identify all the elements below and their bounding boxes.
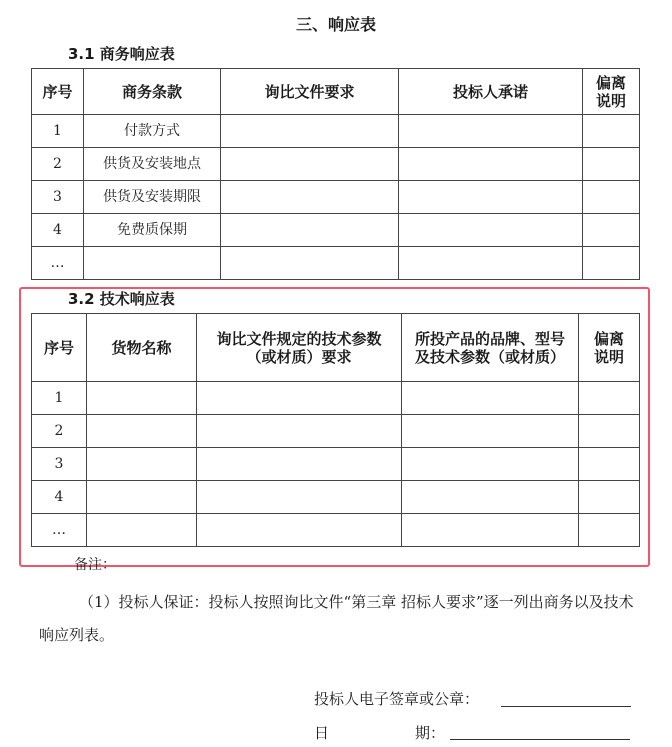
cell-serial: 2 xyxy=(32,148,84,181)
cell-requirement[interactable] xyxy=(197,382,402,415)
cell-goods-name[interactable] xyxy=(87,514,197,547)
cell-deviation[interactable] xyxy=(579,481,640,514)
cell-term: 免费质保期 xyxy=(84,214,221,247)
cell-goods-name[interactable] xyxy=(87,415,197,448)
cell-commitment[interactable] xyxy=(399,181,583,214)
table-header-row: 序号 商务条款 询比文件要求 投标人承诺 偏离说明 xyxy=(32,69,640,115)
date-input-line[interactable] xyxy=(450,738,630,740)
business-response-table: 序号 商务条款 询比文件要求 投标人承诺 偏离说明 1 付款方式 2 供货及安装… xyxy=(31,68,640,280)
cell-requirement[interactable] xyxy=(221,247,399,280)
cell-requirement[interactable] xyxy=(221,115,399,148)
cell-requirement[interactable] xyxy=(197,481,402,514)
header-deviation: 偏离说明 xyxy=(579,314,640,382)
cell-serial: … xyxy=(32,514,87,547)
cell-deviation[interactable] xyxy=(579,382,640,415)
cell-term: 供货及安装期限 xyxy=(84,181,221,214)
seal-input-line[interactable] xyxy=(501,705,631,707)
cell-offered[interactable] xyxy=(402,415,579,448)
table-row: … xyxy=(32,247,640,280)
date-row-label-1: 日 xyxy=(314,722,329,743)
seal-row: 投标人电子签章或公章： xyxy=(314,688,479,709)
table-row: 1 xyxy=(32,382,640,415)
table-row: 2 xyxy=(32,415,640,448)
cell-requirement[interactable] xyxy=(197,415,402,448)
cell-serial: 3 xyxy=(32,448,87,481)
notes-label: 备注： xyxy=(74,554,116,574)
cell-serial: 2 xyxy=(32,415,87,448)
cell-term[interactable] xyxy=(84,247,221,280)
cell-commitment[interactable] xyxy=(399,247,583,280)
header-goods-name: 货物名称 xyxy=(87,314,197,382)
document-title: 三、响应表 xyxy=(0,12,672,35)
cell-deviation[interactable] xyxy=(579,448,640,481)
cell-serial: 3 xyxy=(32,181,84,214)
cell-term: 供货及安装地点 xyxy=(84,148,221,181)
header-requirement: 询比文件要求 xyxy=(221,69,399,115)
cell-goods-name[interactable] xyxy=(87,481,197,514)
cell-requirement[interactable] xyxy=(221,148,399,181)
business-table-heading: 3.1 商务响应表 xyxy=(68,43,175,64)
table-row: 1 付款方式 xyxy=(32,115,640,148)
cell-requirement[interactable] xyxy=(197,514,402,547)
header-deviation: 偏离说明 xyxy=(583,69,640,115)
table-row: … xyxy=(32,514,640,547)
cell-offered[interactable] xyxy=(402,382,579,415)
table-row: 3 供货及安装期限 xyxy=(32,181,640,214)
cell-offered[interactable] xyxy=(402,481,579,514)
cell-commitment[interactable] xyxy=(399,214,583,247)
seal-label: 投标人电子签章或公章： xyxy=(314,690,479,708)
cell-serial: … xyxy=(32,247,84,280)
cell-serial: 4 xyxy=(32,214,84,247)
technical-table-heading: 3.2 技术响应表 xyxy=(68,288,175,309)
cell-requirement[interactable] xyxy=(221,214,399,247)
cell-offered[interactable] xyxy=(402,514,579,547)
cell-goods-name[interactable] xyxy=(87,382,197,415)
cell-deviation[interactable] xyxy=(583,115,640,148)
cell-requirement[interactable] xyxy=(221,181,399,214)
header-serial: 序号 xyxy=(32,314,87,382)
cell-commitment[interactable] xyxy=(399,148,583,181)
cell-serial: 1 xyxy=(32,382,87,415)
cell-commitment[interactable] xyxy=(399,115,583,148)
cell-term: 付款方式 xyxy=(84,115,221,148)
cell-goods-name[interactable] xyxy=(87,448,197,481)
header-serial: 序号 xyxy=(32,69,84,115)
date-row-label-2: 期： xyxy=(415,722,445,743)
cell-serial: 4 xyxy=(32,481,87,514)
table-row: 2 供货及安装地点 xyxy=(32,148,640,181)
cell-deviation[interactable] xyxy=(579,514,640,547)
table-row: 4 免费质保期 xyxy=(32,214,640,247)
cell-requirement[interactable] xyxy=(197,448,402,481)
header-business-term: 商务条款 xyxy=(84,69,221,115)
notes-text: （1）投标人保证：投标人按照询比文件“第三章 招标人要求”逐一列出商务以及技术响… xyxy=(39,586,639,652)
technical-response-table: 序号 货物名称 询比文件规定的技术参数（或材质）要求 所投产品的品牌、型号及技术… xyxy=(31,313,640,547)
cell-deviation[interactable] xyxy=(583,181,640,214)
header-required-params: 询比文件规定的技术参数（或材质）要求 xyxy=(197,314,402,382)
header-commitment: 投标人承诺 xyxy=(399,69,583,115)
cell-deviation[interactable] xyxy=(583,214,640,247)
cell-deviation[interactable] xyxy=(579,415,640,448)
header-offered-params: 所投产品的品牌、型号及技术参数（或材质） xyxy=(402,314,579,382)
table-header-row: 序号 货物名称 询比文件规定的技术参数（或材质）要求 所投产品的品牌、型号及技术… xyxy=(32,314,640,382)
cell-offered[interactable] xyxy=(402,448,579,481)
table-row: 4 xyxy=(32,481,640,514)
cell-serial: 1 xyxy=(32,115,84,148)
cell-deviation[interactable] xyxy=(583,148,640,181)
table-row: 3 xyxy=(32,448,640,481)
cell-deviation[interactable] xyxy=(583,247,640,280)
